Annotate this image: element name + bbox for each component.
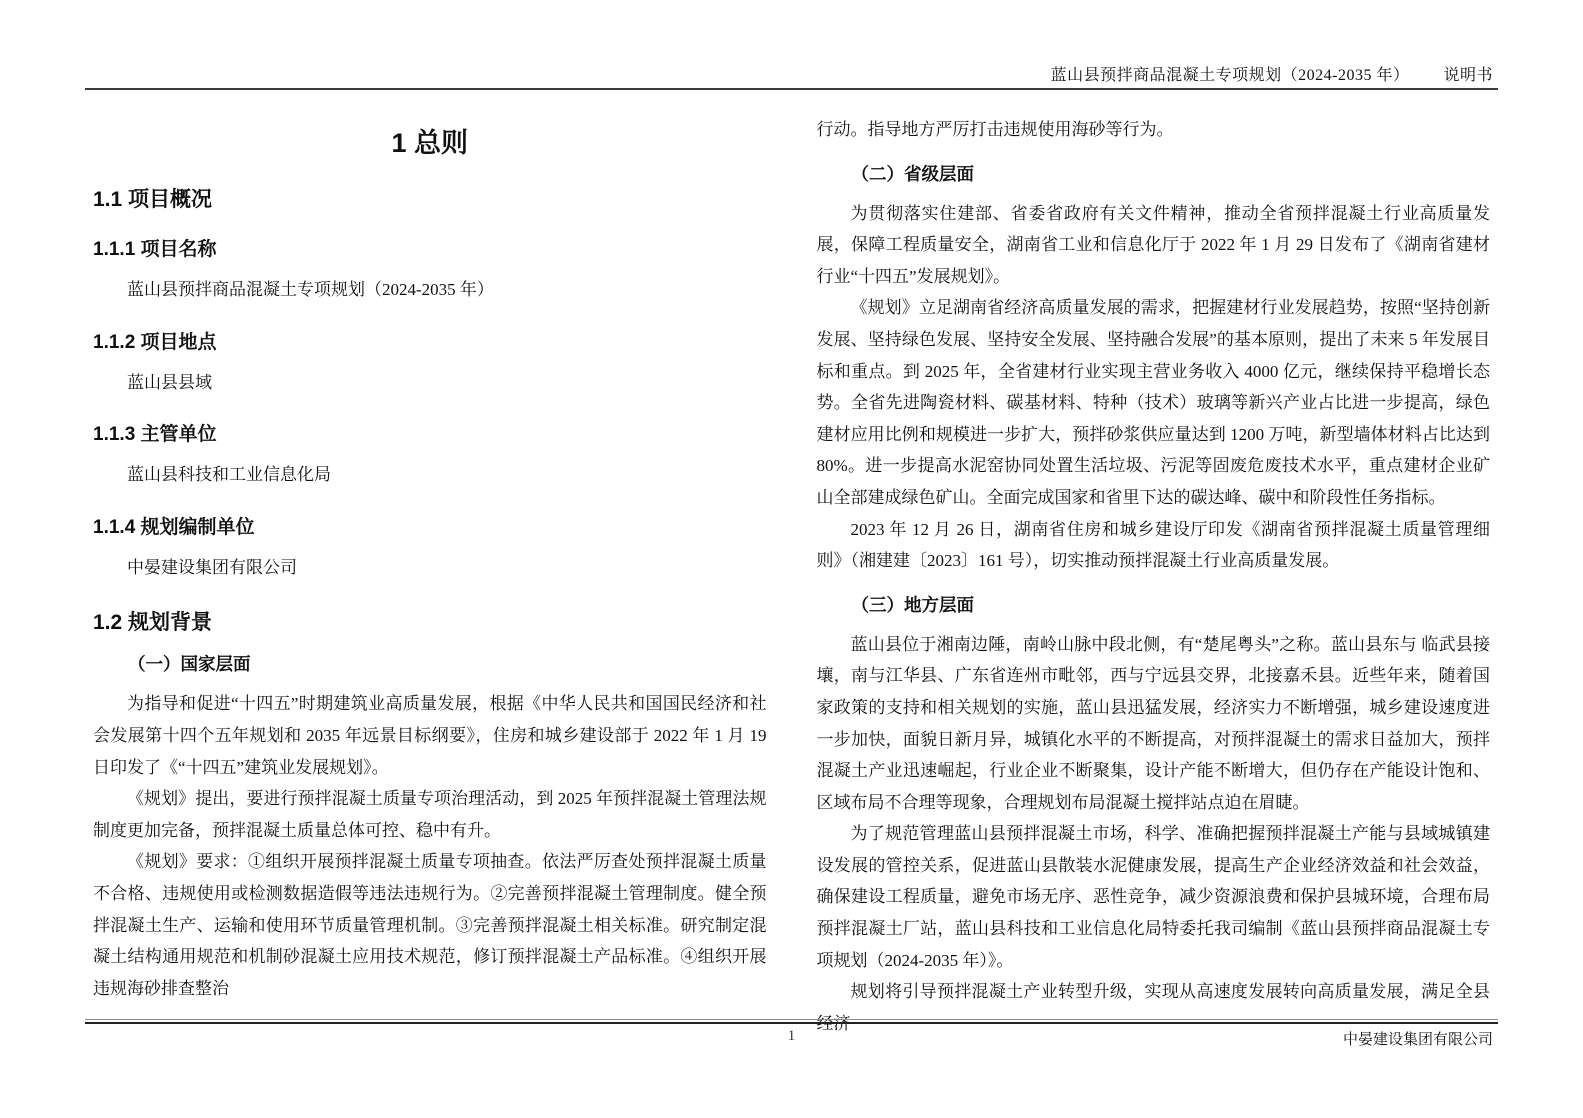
page-header: 蓝山县预拌商品混凝土专项规划（2024-2035 年）说明书 [88,62,1493,85]
header-doc-label: 说明书 [1443,67,1493,84]
heading-1-1-1: 1.1.1 项目名称 [93,237,767,262]
left-column: 1 总则 1.1 项目概况 1.1.1 项目名称 蓝山县预拌商品混凝土专项规划（… [93,92,767,1014]
para-national-3: 《规划》要求：①组织开展预拌混凝土质量专项抽查。依法严厉查处预拌混凝土质量不合格… [93,846,767,1004]
para-provincial-2: 《规划》立足湖南省经济高质量发展的需求，把握建材行业发展趋势，按照“坚持创新发展… [817,292,1491,513]
subheading-local-level: （三）地方层面 [817,591,1491,619]
heading-1-1: 1.1 项目概况 [93,186,767,213]
right-column: 行动。指导地方严厉打击违规使用海砂等行为。 （二）省级层面 为贯彻落实住建部、省… [817,92,1491,1014]
footer-rule-divider [85,1019,1498,1024]
para-national-1: 为指导和促进“十四五”时期建筑业高质量发展，根据《中华人民共和国国民经济和社会发… [93,688,767,783]
para-national-2: 《规划》提出，要进行预拌混凝土质量专项治理活动，到 2025 年预拌混凝土管理法… [93,783,767,846]
para-local-2: 为了规范管理蓝山县预拌混凝土市场，科学、准确把握预拌混凝土产能与县域城镇建设发展… [817,818,1491,976]
heading-1-1-3: 1.1.3 主管单位 [93,422,767,447]
heading-1-1-4: 1.1.4 规划编制单位 [93,515,767,540]
document-page: 蓝山县预拌商品混凝土专项规划（2024-2035 年）说明书 1 总则 1.1 … [0,0,1583,1118]
para-supervising-unit: 蓝山县科技和工业信息化局 [93,459,767,491]
heading-1-2: 1.2 规划背景 [93,609,767,636]
para-local-1: 蓝山县位于湘南边陲，南岭山脉中段北侧，有“楚尾粤头”之称。蓝山县东与 临武县接壤… [817,629,1491,819]
subheading-national-level: （一）国家层面 [93,650,767,678]
document-body: 1 总则 1.1 项目概况 1.1.1 项目名称 蓝山县预拌商品混凝土专项规划（… [93,92,1490,1014]
para-provincial-1: 为贯彻落实住建部、省委省政府有关文件精神，推动全省预拌混凝土行业高质量发展，保障… [817,198,1491,293]
heading-1-1-2: 1.1.2 项目地点 [93,330,767,355]
subheading-provincial-level: （二）省级层面 [817,160,1491,188]
para-project-name: 蓝山县预拌商品混凝土专项规划（2024-2035 年） [93,274,767,306]
para-national-3-continuation: 行动。指导地方严厉打击违规使用海砂等行为。 [817,114,1491,146]
header-doc-title: 蓝山县预拌商品混凝土专项规划（2024-2035 年） [1051,67,1410,84]
para-provincial-3: 2023 年 12 月 26 日，湖南省住房和城乡建设厅印发《湖南省预拌混凝土质… [817,514,1491,577]
para-project-location: 蓝山县县域 [93,367,767,399]
header-rule-divider [85,88,1498,90]
para-planning-unit: 中晏建设集团有限公司 [93,552,767,584]
chapter-title: 1 总则 [93,126,767,160]
footer-company-name: 中晏建设集团有限公司 [1343,1028,1493,1049]
